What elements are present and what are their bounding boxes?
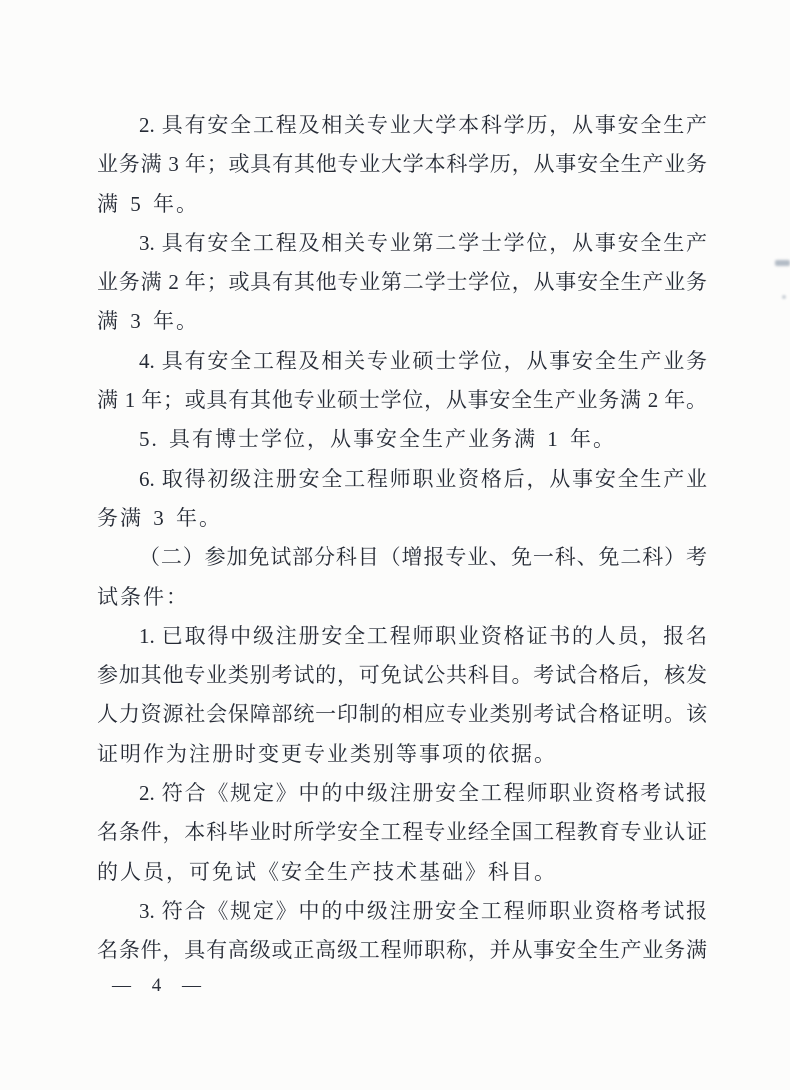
text-line: 5. 具有博士学位，从事安全生产业务满 1 年。 [97, 420, 707, 459]
text-line: 6. 取得初级注册安全工程师职业资格后，从事安全生产业 [97, 460, 707, 499]
paragraph-item-2: 2. 具有安全工程及相关专业大学本科学历，从事安全生产 业务满 3 年；或具有其… [97, 106, 707, 224]
text-line: 2. 符合《规定》中的中级注册安全工程师职业资格考试报 [97, 774, 707, 813]
text-line: 4. 具有安全工程及相关专业硕士学位，从事安全生产业务 [97, 342, 707, 381]
scan-smudge-mark [775, 260, 790, 266]
text-line: 2. 具有安全工程及相关专业大学本科学历，从事安全生产 [97, 106, 707, 145]
paragraph-item-4: 4. 具有安全工程及相关专业硕士学位，从事安全生产业务 满 1 年；或具有其他专… [97, 342, 707, 421]
text-line: 1. 已取得中级注册安全工程师职业资格证书的人员，报名 [97, 617, 707, 656]
text-line: 证明作为注册时变更专业类别等事项的依据。 [97, 735, 707, 774]
text-line: 满 3 年。 [97, 302, 707, 341]
text-line: 人力资源社会保障部统一印制的相应专业类别考试合格证明。该 [97, 695, 707, 734]
document-page: 2. 具有安全工程及相关专业大学本科学历，从事安全生产 业务满 3 年；或具有其… [0, 0, 790, 1090]
text-line: 名条件，具有高级或正高级工程师职称，并从事安全生产业务满 [97, 931, 707, 970]
text-line: 满 1 年；或具有其他专业硕士学位，从事安全生产业务满 2 年。 [97, 381, 707, 420]
document-body: 2. 具有安全工程及相关专业大学本科学历，从事安全生产 业务满 3 年；或具有其… [97, 106, 707, 971]
paragraph-exempt-item-2: 2. 符合《规定》中的中级注册安全工程师职业资格考试报 名条件，本科毕业时所学安… [97, 774, 707, 892]
scan-smudge-dot [782, 295, 786, 299]
paragraph-item-3: 3. 具有安全工程及相关专业第二学士学位，从事安全生产 业务满 2 年；或具有其… [97, 224, 707, 342]
text-line: 3. 具有安全工程及相关专业第二学士学位，从事安全生产 [97, 224, 707, 263]
text-line: （二）参加免试部分科目（增报专业、免一科、免二科）考 [97, 538, 707, 577]
paragraph-item-5: 5. 具有博士学位，从事安全生产业务满 1 年。 [97, 420, 707, 459]
text-line: 业务满 3 年；或具有其他专业大学本科学历，从事安全生产业务 [97, 145, 707, 184]
paragraph-exempt-item-3: 3. 符合《规定》中的中级注册安全工程师职业资格考试报 名条件，具有高级或正高级… [97, 892, 707, 971]
paragraph-exempt-item-1: 1. 已取得中级注册安全工程师职业资格证书的人员，报名 参加其他专业类别考试的，… [97, 617, 707, 774]
text-line: 名条件，本科毕业时所学安全工程专业经全国工程教育专业认证 [97, 813, 707, 852]
text-line: 试条件： [97, 578, 707, 617]
text-line: 的人员，可免试《安全生产技术基础》科目。 [97, 853, 707, 892]
text-line: 参加其他专业类别考试的，可免试公共科目。考试合格后，核发 [97, 656, 707, 695]
text-line: 务满 3 年。 [97, 499, 707, 538]
text-line: 3. 符合《规定》中的中级注册安全工程师职业资格考试报 [97, 892, 707, 931]
text-line: 满 5 年。 [97, 185, 707, 224]
paragraph-section-2-heading: （二）参加免试部分科目（增报专业、免一科、免二科）考 试条件： [97, 538, 707, 617]
page-number: — 4 — [112, 975, 203, 997]
paragraph-item-6: 6. 取得初级注册安全工程师职业资格后，从事安全生产业 务满 3 年。 [97, 460, 707, 539]
text-line: 业务满 2 年；或具有其他专业第二学士学位，从事安全生产业务 [97, 263, 707, 302]
